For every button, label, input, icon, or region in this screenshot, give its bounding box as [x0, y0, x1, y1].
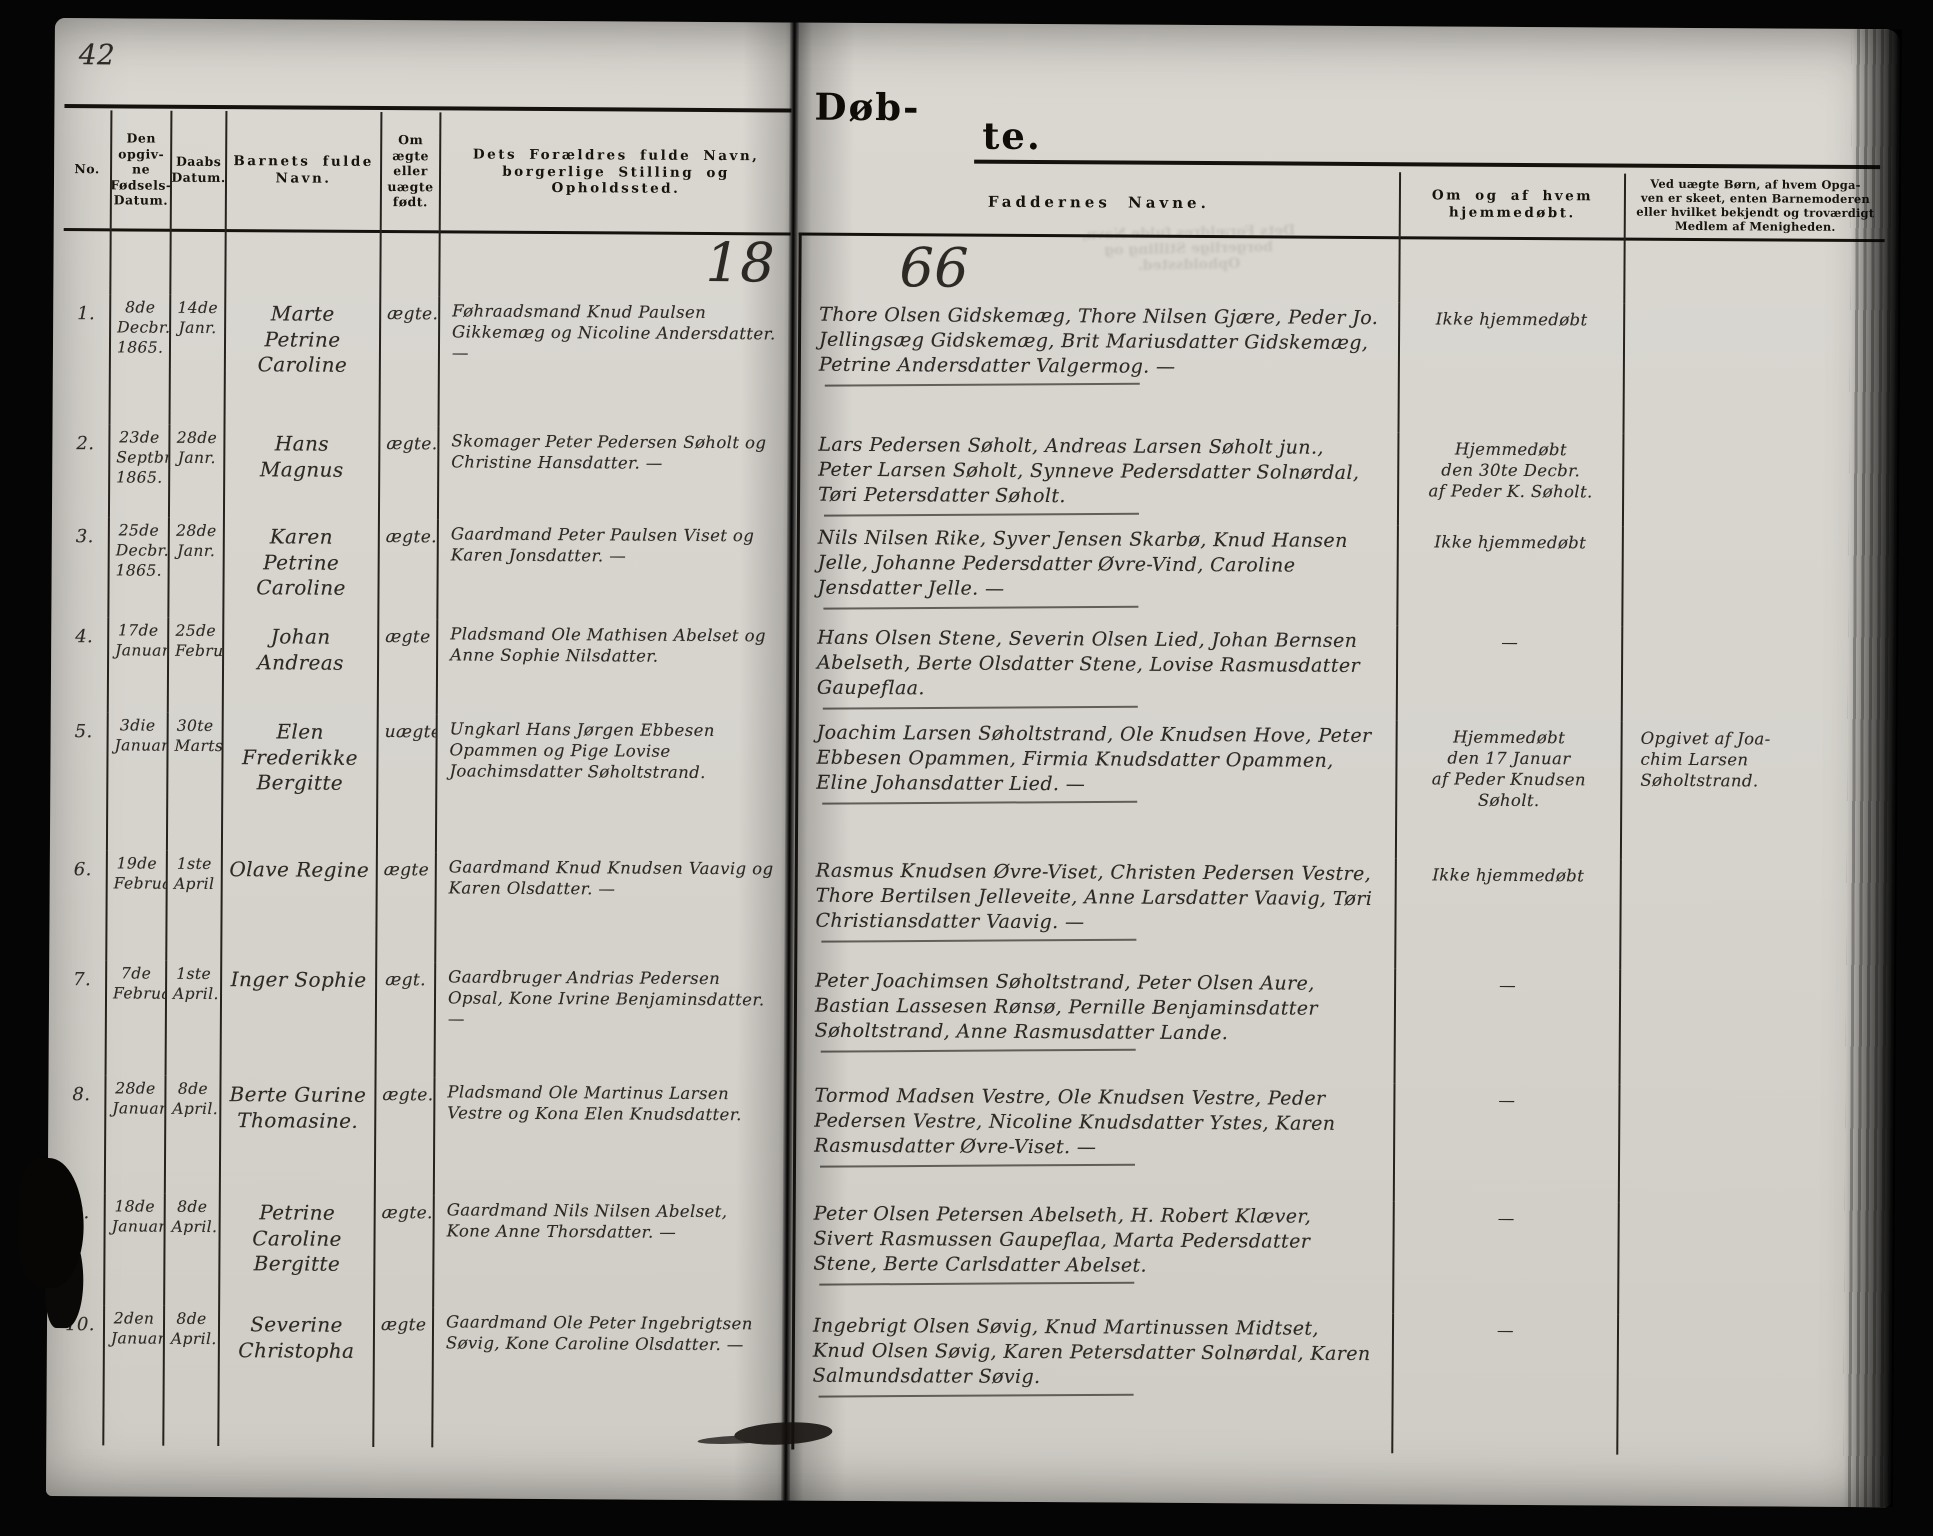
cell-baptism-date: 8de April. [162, 1306, 218, 1446]
header-record-number: No. [64, 110, 111, 228]
table-row: 9. 18de Januar. 8de April. Petrine Carol… [57, 1193, 785, 1309]
cell-home-baptism: — [1392, 1201, 1618, 1314]
cell-baptism-date: 8de April. [163, 1194, 219, 1306]
header-illegitimate-note: Ved uægte Børn, af hvem Opga- ven er ske… [1624, 174, 1885, 240]
cell-godparents: Hans Olsen Stene, Severin Olsen Lied, Jo… [796, 622, 1397, 721]
header-birth-date: Den opgiv- ne Fødsels- Datum. [110, 110, 171, 228]
cell-godparents: Tormod Madsen Vestre, Ole Knudsen Vestre… [793, 1080, 1394, 1202]
fore-edge-pages [1843, 29, 1902, 1507]
cell-birth-date: 25de Decbr. 1865. [107, 517, 168, 617]
book-spread: Dets Forældres fulde Navn, borgerlige St… [46, 18, 1900, 1507]
table-row: Hans Olsen Stene, Severin Olsen Lied, Jo… [796, 622, 1883, 724]
cell-baptism-date: 1ste April [165, 851, 221, 961]
table-row: Rasmus Knudsen Øvre-Viset, Christen Pede… [794, 855, 1881, 972]
cell-child-name: Berte Gurine Thomasine. [219, 1076, 375, 1195]
cell-illegitimate-note [1619, 970, 1881, 1087]
page-title-right: te. [982, 114, 1042, 158]
cell-child-name: Inger Sophie [220, 961, 376, 1077]
cell-birth-date: 28de Januar. [104, 1075, 165, 1193]
cell-birth-date: 17de Januar. [107, 617, 168, 712]
cell-birth-date: 8de Decbr. 1865. [109, 294, 170, 424]
cell-illegitimate-note [1617, 1203, 1879, 1317]
cell-child-name: Olave Regine [220, 851, 376, 962]
table-row: 1. 8de Decbr. 1865. 14de Janr. Marte Pet… [63, 294, 791, 428]
table-header-right: Faddernes Navne. Om og af hvem hjemmedøb… [799, 169, 1885, 243]
cell-legitimacy: ægte [372, 1307, 432, 1447]
cell-birth-date: 18de Januar. [103, 1193, 164, 1305]
table-body-left: 1. 8de Decbr. 1865. 14de Janr. Marte Pet… [56, 228, 790, 1449]
cell-godparents: Ingebrigt Olsen Søvig, Knud Martinussen … [791, 1310, 1392, 1454]
cell-home-baptism: — [1396, 625, 1622, 721]
cell-birth-date: 7de Februar. [105, 960, 166, 1075]
cell-child-name: Petrine Caroline Bergitte [218, 1194, 374, 1307]
cell-birth-date: 23de Septbr. 1865. [108, 424, 169, 517]
cell-record-number: 4. [61, 617, 108, 712]
cell-birth-date: 2den Januar [102, 1305, 163, 1445]
header-legitimacy: Om ægte eller uægte født. [380, 112, 440, 230]
cell-baptism-date: 25de Februar [167, 618, 223, 713]
cell-record-number: 1. [63, 294, 110, 424]
cell-godparents: Lars Pedersen Søholt, Andreas Larsen Søh… [797, 429, 1398, 526]
header-baptism-date: Daabs Datum. [170, 111, 226, 229]
header-parents: Dets Forældres fulde Navn, borgerlige St… [439, 112, 792, 232]
cell-parents: Gaardmand Peter Paulsen Viset og Karen J… [436, 519, 789, 621]
cell-baptism-date: 28de Janr. [168, 425, 224, 518]
cell-godparents: Thore Olsen Gidskemæg, Thore Nilsen Gjær… [798, 299, 1399, 433]
scanned-parish-register: Dets Forældres fulde Navn, borgerlige St… [0, 0, 1933, 1536]
cell-child-name: Severine Christopha [217, 1306, 373, 1447]
cell-godparents: Joachim Larsen Søholtstrand, Ole Knudsen… [795, 717, 1396, 859]
year-band-row [798, 233, 1884, 306]
table-row: 10. 2den Januar 8de April. Severine Chri… [56, 1305, 784, 1449]
cell-legitimacy: uægte. [376, 714, 436, 852]
table-row: Joachim Larsen Søholtstrand, Ole Knudsen… [795, 717, 1882, 862]
cell-parents: Gaardmand Ole Peter Ingebrigtsen Søvig, … [431, 1307, 784, 1449]
table-row: Peter Joachimsen Søholtstrand, Peter Ols… [794, 965, 1881, 1087]
table-body-right: Thore Olsen Gidskemæg, Thore Nilsen Gjær… [791, 233, 1884, 1457]
table-row: 5. 3die Januar. 30te Marts. Elen Frederi… [60, 712, 788, 854]
cell-godparents: Peter Olsen Petersen Abelseth, H. Robert… [792, 1198, 1393, 1314]
table-row: Nils Nilsen Rike, Syver Jensen Skarbø, K… [796, 522, 1883, 629]
table-row: 7. 7de Februar. 1ste April. Inger Sophie… [59, 960, 787, 1079]
cell-birth-date: 19de Februar [105, 850, 166, 960]
cell-parents: Skomager Peter Pedersen Søholt og Christ… [437, 426, 790, 521]
cell-legitimacy: ægte. [374, 1077, 434, 1195]
cell-record-number: 10. [56, 1305, 103, 1445]
cell-parents: Føhraadsmand Knud Paulsen Gikkemæg og Ni… [438, 296, 791, 428]
header-rule-right [974, 160, 1880, 170]
cell-godparents: Nils Nilsen Rike, Syver Jensen Skarbø, K… [796, 522, 1397, 626]
cell-child-name: Karen Petrine Caroline [222, 518, 378, 619]
cell-home-baptism: — [1391, 1313, 1617, 1454]
cell-record-number: 6. [59, 850, 106, 960]
cell-birth-date: 3die Januar. [106, 712, 167, 850]
table-row: 6. 19de Februar 1ste April Olave Regine … [59, 850, 787, 964]
cell-parents: Gaardmand Knud Knudsen Vaavig og Karen O… [434, 852, 787, 964]
cell-parents: Ungkarl Hans Jørgen Ebbesen Opammen og P… [435, 714, 788, 854]
page-number: 42 [79, 38, 116, 71]
cell-baptism-date: 30te Marts. [166, 713, 222, 851]
header-child-name: Barnets fulde Navn. [225, 111, 381, 230]
cell-godparents: Rasmus Knudsen Øvre-Viset, Christen Pede… [794, 855, 1395, 969]
cell-legitimacy: ægt. [375, 962, 435, 1077]
cell-home-baptism: — [1394, 968, 1620, 1084]
cell-baptism-date: 28de Janr. [167, 518, 223, 618]
cell-home-baptism: — [1393, 1083, 1619, 1202]
table-header-left: No. Den opgiv- ne Fødsels- Datum. Daabs … [64, 110, 792, 235]
table-row: Tormod Madsen Vestre, Ole Knudsen Vestre… [793, 1080, 1880, 1205]
cell-record-number: 2. [62, 424, 109, 517]
cell-parents: Gaardmand Nils Nilsen Abelset, Kone Anne… [432, 1195, 785, 1309]
table-row: Peter Olsen Petersen Abelseth, H. Robert… [792, 1198, 1879, 1317]
cell-illegitimate-note [1619, 860, 1881, 972]
cell-illegitimate-note [1621, 627, 1883, 724]
cell-child-name: Elen Frederikke Bergitte [221, 713, 377, 852]
cell-home-baptism: Ikke hjemmedøbt [1397, 302, 1623, 433]
cell-child-name: Johan Andreas [222, 618, 378, 714]
cell-home-baptism: Ikke hjemmedøbt [1394, 858, 1620, 969]
table-row: 3. 25de Decbr. 1865. 28de Janr. Karen Pe… [61, 517, 789, 621]
cell-record-number: 7. [59, 960, 106, 1075]
table-row: Lars Pedersen Søholt, Andreas Larsen Søh… [797, 429, 1884, 529]
cell-record-number: 3. [61, 517, 108, 617]
cell-legitimacy: ægte. [377, 519, 437, 619]
cell-godparents: Peter Joachimsen Søholtstrand, Peter Ols… [794, 965, 1395, 1084]
cell-home-baptism: Ikke hjemmedøbt [1396, 525, 1622, 626]
cell-baptism-date: 1ste April. [165, 961, 221, 1076]
cell-baptism-date: 8de April. [164, 1076, 220, 1194]
year-band-row [63, 228, 790, 298]
cell-legitimacy: ægte. [378, 426, 438, 519]
cell-record-number: 5. [60, 712, 107, 850]
table-row: 8. 28de Januar. 8de April. Berte Gurine … [58, 1075, 786, 1197]
cell-legitimacy: ægte. [373, 1195, 433, 1307]
cell-parents: Pladsmand Ole Mathisen Abelset og Anne S… [436, 619, 789, 716]
cell-legitimacy: ægte [377, 619, 437, 714]
cell-illegitimate-note [1621, 527, 1883, 629]
cell-illegitimate-note [1622, 434, 1884, 529]
header-home-baptism: Om og af hvem hjemmedøbt. [1399, 172, 1624, 237]
cell-legitimacy: ægte [375, 852, 435, 962]
cell-child-name: Marte Petrine Caroline [224, 295, 380, 426]
cell-parents: Pladsmand Ole Martinus Larsen Vestre og … [433, 1077, 786, 1197]
cell-child-name: Hans Magnus [223, 425, 379, 519]
table-row: Ingebrigt Olsen Søvig, Knud Martinussen … [791, 1310, 1878, 1457]
cell-legitimacy: ægte. [379, 296, 439, 426]
cell-illegitimate-note [1616, 1315, 1878, 1457]
table-row: 4. 17de Januar. 25de Februar Johan Andre… [61, 617, 789, 716]
header-godparents: Faddernes Navne. [799, 169, 1399, 237]
cell-home-baptism: Hjemmedøbt den 30te Decbr. af Peder K. S… [1397, 432, 1623, 526]
cell-parents: Gaardbruger Andrias Pedersen Opsal, Kone… [434, 962, 787, 1079]
cell-illegitimate-note [1622, 304, 1884, 436]
cell-illegitimate-note: Opgivet af Joa- chim Larsen Søholtstrand… [1620, 722, 1882, 862]
table-row: 2. 23de Septbr. 1865. 28de Janr. Hans Ma… [62, 424, 790, 521]
cell-baptism-date: 14de Janr. [169, 295, 225, 425]
cell-illegitimate-note [1618, 1085, 1880, 1205]
table-row: Thore Olsen Gidskemæg, Thore Nilsen Gjær… [798, 299, 1885, 436]
cell-home-baptism: Hjemmedøbt den 17 Januar af Peder Knudse… [1395, 720, 1621, 859]
